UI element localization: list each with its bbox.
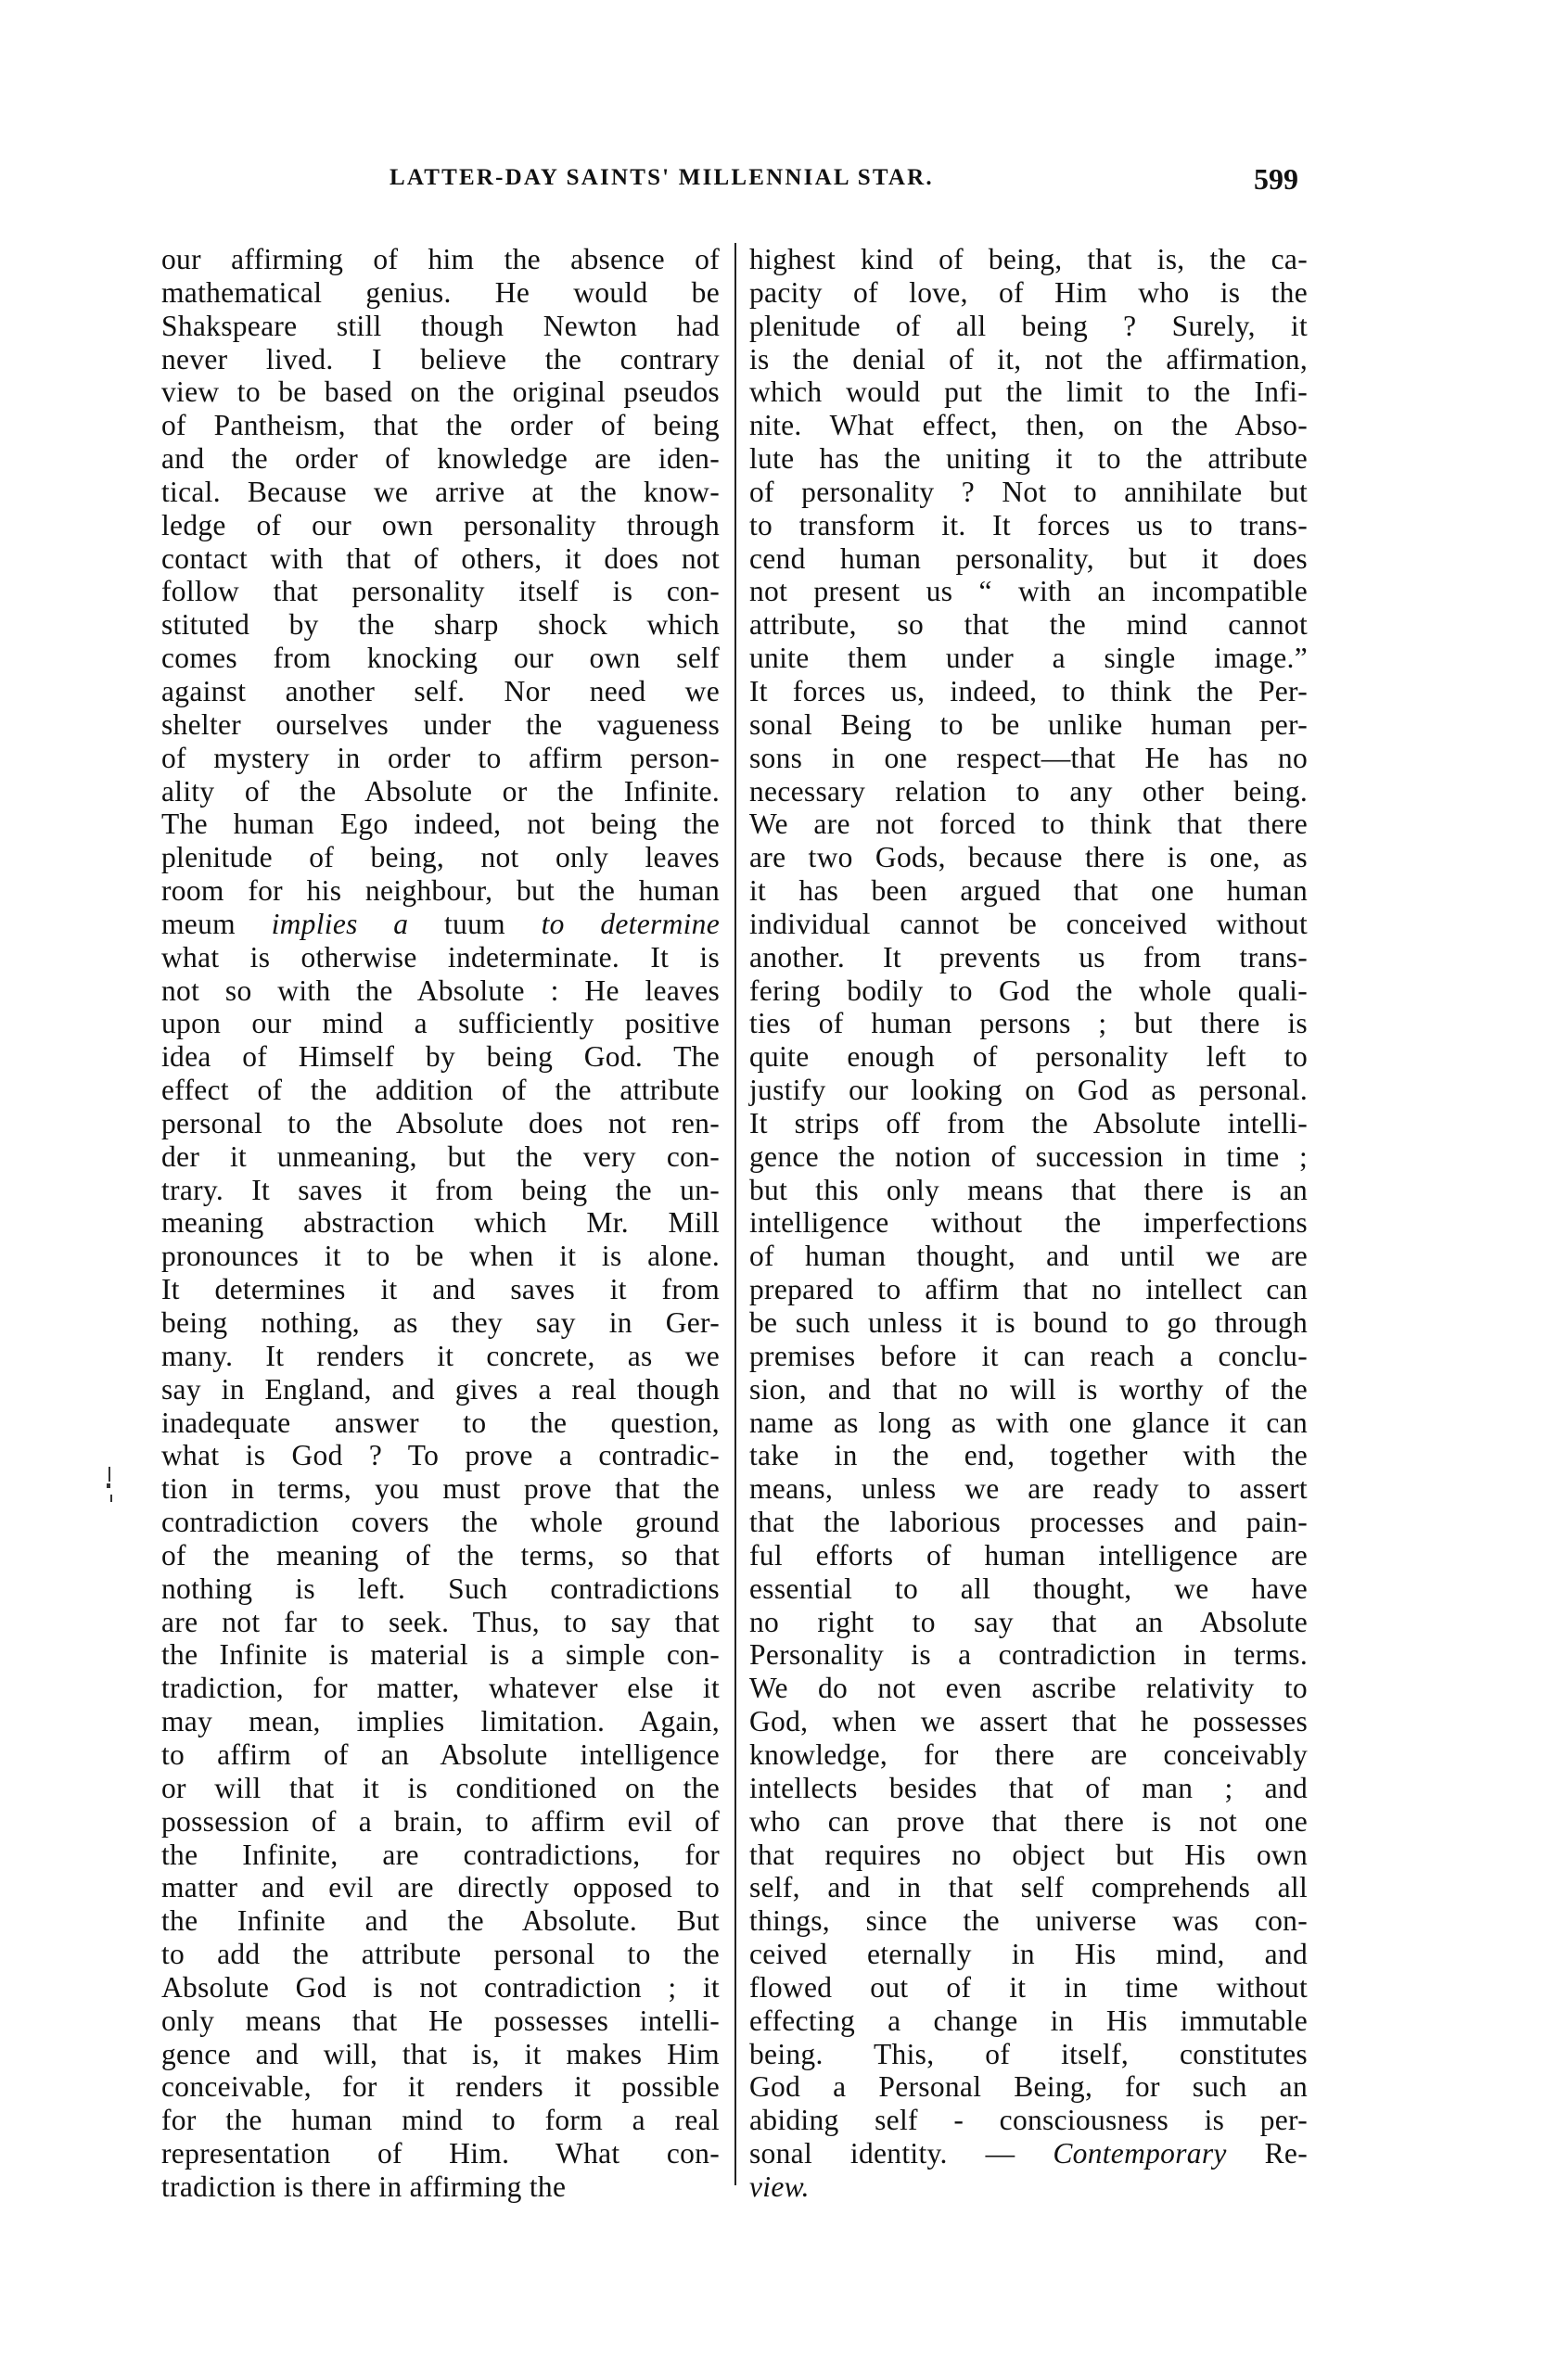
text-line: say in England, and gives a real though <box>161 1373 720 1406</box>
text-line: pronounces it to be when it is alone. <box>161 1240 720 1273</box>
text-line: who can prove that there is not one <box>749 1805 1308 1839</box>
text-line: against another self. Nor need we <box>161 675 720 708</box>
text-line: ties of human persons ; but there is <box>749 1007 1308 1040</box>
text-line: not present us “ with an incompatible <box>749 575 1308 608</box>
text-line: knowledge, for there are conceivably <box>749 1738 1308 1772</box>
text-line: are two Gods, because there is one, as <box>749 841 1308 874</box>
text-line: comes from knocking our own self <box>161 642 720 675</box>
italic-text: Contemporary <box>1053 2137 1226 2170</box>
text-line: We do not even ascribe relativity to <box>749 1672 1308 1705</box>
text-line: sion, and that no will is worthy of the <box>749 1373 1308 1406</box>
text-line: matter and evil are directly opposed to <box>161 1871 720 1904</box>
text-line: follow that personality itself is con- <box>161 575 720 608</box>
text-line: what is God ? To prove a contradic- <box>161 1439 720 1472</box>
text-line: We are not forced to think that there <box>749 808 1308 841</box>
text-line: nite. What effect, then, on the Abso- <box>749 409 1308 442</box>
text-line: is the denial of it, not the affirmation… <box>749 343 1308 376</box>
text-line: and the order of knowledge are iden- <box>161 442 720 476</box>
text-line: means, unless we are ready to assert <box>749 1472 1308 1506</box>
text-line: It determines it and saves it from <box>161 1273 720 1306</box>
text-line: conceivable, for it renders it possible <box>161 2070 720 2104</box>
text-line: Shakspeare still though Newton had <box>161 310 720 343</box>
italic-text: view. <box>749 2170 810 2203</box>
text-line: take in the end, together with the <box>749 1439 1308 1472</box>
text-line: may mean, implies limitation. Again, <box>161 1705 720 1738</box>
text-line: tion in terms, you must prove that the <box>161 1472 720 1506</box>
text-line: lute has the uniting it to the attribute <box>749 442 1308 476</box>
text-line: be such unless it is bound to go through <box>749 1306 1308 1340</box>
text-line: effect of the addition of the attribute <box>161 1074 720 1107</box>
text-line: nothing is left. Such contradictions <box>161 1572 720 1606</box>
text-line: tical. Because we arrive at the know- <box>161 476 720 509</box>
text-line: highest kind of being, that is, the ca- <box>749 243 1308 276</box>
text-line: meum implies a tuum to determine <box>161 908 720 941</box>
running-header: LATTER-DAY SAINTS' MILLENNIAL STAR. 599 <box>0 165 1558 202</box>
text-line: contact with that of others, it does not <box>161 542 720 576</box>
text-line: possession of a brain, to affirm evil of <box>161 1805 720 1839</box>
text-line: of personality ? Not to annihilate but <box>749 476 1308 509</box>
text-line: of mystery in order to affirm person- <box>161 742 720 775</box>
text-line: for the human mind to form a real <box>161 2104 720 2137</box>
text-line: tradiction is there in affirming the <box>161 2170 720 2204</box>
text-line: God a Personal Being, for such an <box>749 2070 1308 2104</box>
text-line: unite them under a single image.” <box>749 642 1308 675</box>
text-line: the Infinite is material is a simple con… <box>161 1638 720 1672</box>
scan-artifact <box>109 1467 110 1482</box>
right-text-column: highest kind of being, that is, the ca-p… <box>749 243 1308 2204</box>
text-line: meaning abstraction which Mr. Mill <box>161 1206 720 1240</box>
text-line: room for his neighbour, but the human <box>161 874 720 908</box>
scan-artifact <box>110 1495 112 1502</box>
text-line: plenitude of all being ? Surely, it <box>749 310 1308 343</box>
text-line: effecting a change in His immutable <box>749 2005 1308 2038</box>
text-line: being nothing, as they say in Ger- <box>161 1306 720 1340</box>
text-line: being. This, of itself, constitutes <box>749 2038 1308 2071</box>
italic-text: to determine <box>505 908 720 940</box>
text-line: inadequate answer to the question, <box>161 1406 720 1440</box>
text-segment: meum <box>161 908 236 940</box>
text-line: tradiction, for matter, whatever else it <box>161 1672 720 1705</box>
text-line: Personality is a contradiction in terms. <box>749 1638 1308 1672</box>
text-line: but this only means that there is an <box>749 1174 1308 1207</box>
text-line: of Pantheism, that the order of being <box>161 409 720 442</box>
text-line: are not far to seek. Thus, to say that <box>161 1606 720 1639</box>
text-line: contradiction covers the whole ground <box>161 1506 720 1539</box>
text-line: which would put the limit to the Infi- <box>749 375 1308 409</box>
text-line: shelter ourselves under the vagueness <box>161 708 720 742</box>
text-line: to affirm of an Absolute intelligence <box>161 1738 720 1772</box>
text-line: only means that He possesses intelli- <box>161 2005 720 2038</box>
text-line: of the meaning of the terms, so that <box>161 1539 720 1572</box>
text-line: flowed out of it in time without <box>749 1971 1308 2005</box>
text-line: many. It renders it concrete, as we <box>161 1340 720 1373</box>
text-line: that the laborious processes and pain- <box>749 1506 1308 1539</box>
text-line: quite enough of personality left to <box>749 1040 1308 1074</box>
text-line: It strips off from the Absolute intelli- <box>749 1107 1308 1140</box>
text-line: pacity of love, of Him who is the <box>749 276 1308 310</box>
running-title: LATTER-DAY SAINTS' MILLENNIAL STAR. <box>389 165 1076 191</box>
text-line: ceived eternally in His mind, and <box>749 1938 1308 1971</box>
text-line: view. <box>749 2170 1308 2204</box>
text-line: God, when we assert that he possesses <box>749 1705 1308 1738</box>
text-line: the Infinite, are contradictions, for <box>161 1839 720 1872</box>
text-line: ledge of our own personality through <box>161 509 720 542</box>
text-segment: Re- <box>1227 2137 1308 2170</box>
text-line: der it unmeaning, but the very con- <box>161 1140 720 1174</box>
text-line: gence and will, that is, it makes Him <box>161 2038 720 2071</box>
text-line: sonal Being to be unlike human per- <box>749 708 1308 742</box>
text-line: ful efforts of human intelligence are <box>749 1539 1308 1572</box>
scan-artifact <box>107 1483 110 1488</box>
text-line: justify our looking on God as personal. <box>749 1074 1308 1107</box>
column-divider <box>734 243 736 2185</box>
text-line: necessary relation to any other being. <box>749 775 1308 808</box>
text-line: our affirming of him the absence of <box>161 243 720 276</box>
text-line: ality of the Absolute or the Infinite. <box>161 775 720 808</box>
text-line: cend human personality, but it does <box>749 542 1308 576</box>
text-line: personal to the Absolute does not ren- <box>161 1107 720 1140</box>
text-line: representation of Him. What con- <box>161 2137 720 2170</box>
text-line: things, since the universe was con- <box>749 1904 1308 1938</box>
text-line: stituted by the sharp shock which <box>161 608 720 642</box>
text-line: fering bodily to God the whole quali- <box>749 974 1308 1008</box>
text-line: never lived. I believe the contrary <box>161 343 720 376</box>
text-line: intelligence without the imperfections <box>749 1206 1308 1240</box>
text-line: another. It prevents us from trans- <box>749 941 1308 974</box>
text-line: view to be based on the original pseudos <box>161 375 720 409</box>
text-line: upon our mind a sufficiently positive <box>161 1007 720 1040</box>
text-line: essential to all thought, we have <box>749 1572 1308 1606</box>
text-line: The human Ego indeed, not being the <box>161 808 720 841</box>
text-line: or will that it is conditioned on the <box>161 1772 720 1805</box>
text-line: plenitude of being, not only leaves <box>161 841 720 874</box>
text-line: to add the attribute personal to the <box>161 1938 720 1971</box>
text-line: that requires no object but His own <box>749 1839 1308 1872</box>
text-line: abiding self - consciousness is per- <box>749 2104 1308 2137</box>
italic-text: implies a <box>236 908 444 940</box>
text-line: individual cannot be conceived without <box>749 908 1308 941</box>
text-line: premises before it can reach a conclu- <box>749 1340 1308 1373</box>
text-line: intellects besides that of man ; and <box>749 1772 1308 1805</box>
text-line: It forces us, indeed, to think the Per- <box>749 675 1308 708</box>
text-line: self, and in that self comprehends all <box>749 1871 1308 1904</box>
text-line: to transform it. It forces us to trans- <box>749 509 1308 542</box>
text-line: mathematical genius. He would be <box>161 276 720 310</box>
text-line: what is otherwise indeterminate. It is <box>161 941 720 974</box>
page-number: 599 <box>1254 162 1298 197</box>
text-line: attribute, so that the mind cannot <box>749 608 1308 642</box>
text-segment: sonal identity. — <box>749 2137 1053 2170</box>
text-line: no right to say that an Absolute <box>749 1606 1308 1639</box>
text-line: idea of Himself by being God. The <box>161 1040 720 1074</box>
text-line: gence the notion of succession in time ; <box>749 1140 1308 1174</box>
text-line: Absolute God is not contradiction ; it <box>161 1971 720 2005</box>
text-segment: tuum <box>444 908 505 940</box>
text-line: trary. It saves it from being the un- <box>161 1174 720 1207</box>
left-text-column: our affirming of him the absence ofmathe… <box>161 243 720 2204</box>
text-line: name as long as with one glance it can <box>749 1406 1308 1440</box>
text-line: sons in one respect—that He has no <box>749 742 1308 775</box>
text-line: not so with the Absolute : He leaves <box>161 974 720 1008</box>
text-line: sonal identity. — Contemporary Re- <box>749 2137 1308 2170</box>
text-line: the Infinite and the Absolute. But <box>161 1904 720 1938</box>
text-line: prepared to affirm that no intellect can <box>749 1273 1308 1306</box>
text-line: of human thought, and until we are <box>749 1240 1308 1273</box>
text-line: it has been argued that one human <box>749 874 1308 908</box>
